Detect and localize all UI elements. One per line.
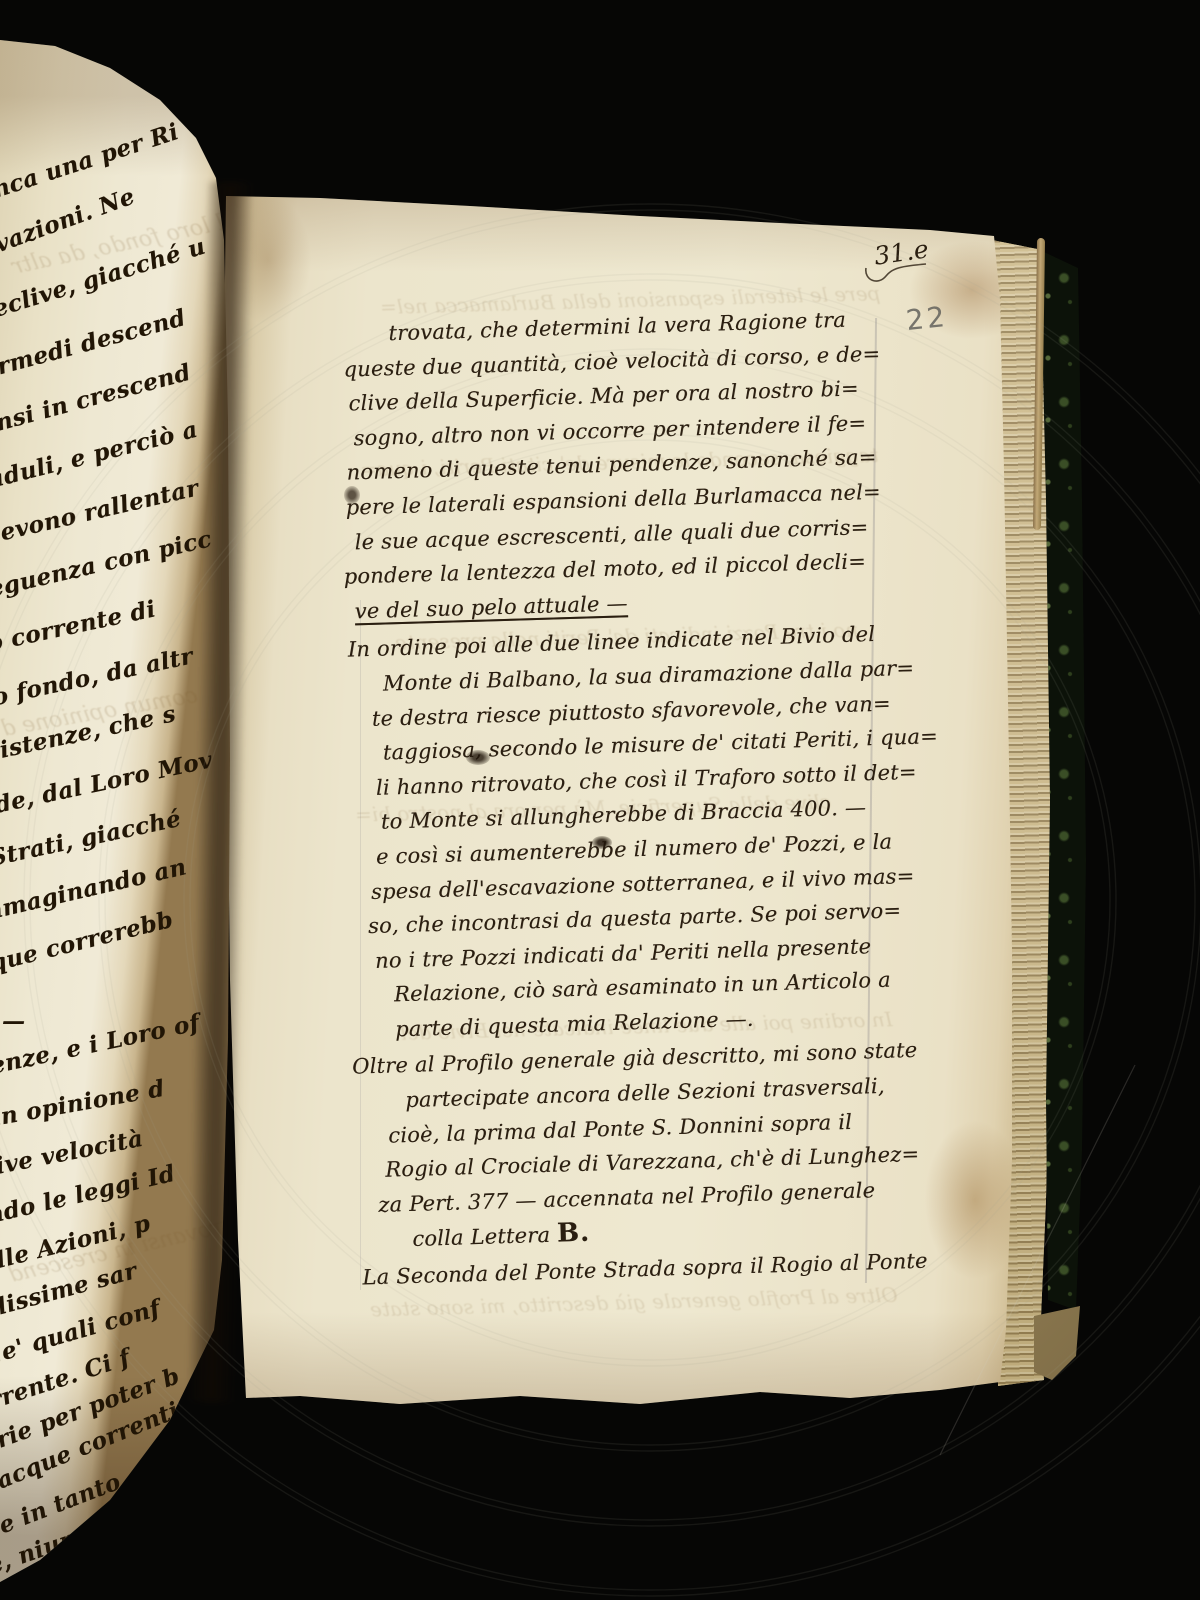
ink-blot xyxy=(344,486,360,504)
manuscript-line: — xyxy=(2,1008,52,1035)
section-letter-b: B. xyxy=(557,1218,591,1249)
manuscript-text-block: trovata, che determini la vera Ragione t… xyxy=(330,300,959,1295)
manuscript-photo: 31.e 22 pere le laterali espansioni dell… xyxy=(0,0,1200,1600)
ink-blot xyxy=(466,750,490,765)
manuscript-line: dorne, niuna ne ha xyxy=(0,1464,256,1600)
ink-blot xyxy=(592,836,612,849)
manuscript-line-text: colla Lettera xyxy=(412,1223,551,1251)
